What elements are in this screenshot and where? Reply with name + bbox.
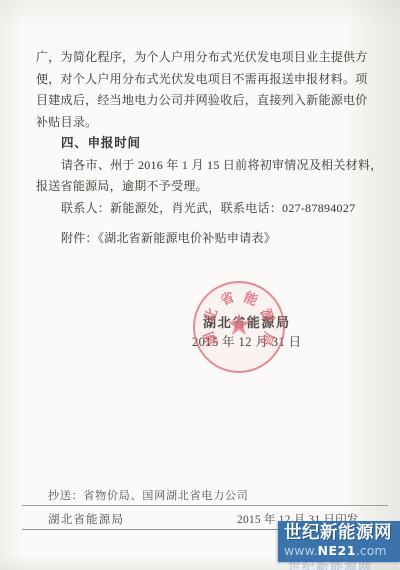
watermark-url-domain: NE21: [318, 543, 356, 558]
body-text-line: 便，对个人户用分布式光伏发电项目不需再报送申报材料。项: [36, 69, 368, 91]
scanned-document-page: 广，为简化程序，为个人户用分布式光伏发电项目业主提供方便，对个人户用分布式光伏发…: [0, 0, 400, 570]
body-text-line: 四、申报时间: [36, 133, 368, 155]
body-text-line: 请各市、州于 2016 年 1 月 15 日前将初审情况及相关材料，: [36, 155, 368, 177]
body-text-line: 附件：《湖北省新能源电价补贴申请表》: [36, 228, 368, 250]
signature-date: 2015 年 12 月 31 日: [192, 332, 302, 350]
seal-character: 能: [240, 289, 261, 310]
watermark-url: www.NE21.com: [284, 543, 400, 558]
footer-cc-line: 抄送：省物价局、国网湖北省电力公司: [48, 487, 249, 503]
seal-character: 省: [217, 289, 238, 310]
body-text-line: 补贴目录。: [36, 112, 368, 134]
watermark-url-suffix: .com: [356, 543, 387, 558]
body-text-line: 联系人：新能源处，肖光武，联系电话：027-87894027: [36, 198, 368, 220]
footer-issuer: 湖北省能源局: [48, 511, 124, 527]
body-text-line: 目建成后，经当地电力公司并网验收后，直接列入新能源电价: [36, 90, 368, 112]
footer-divider-top: [22, 505, 388, 506]
watermark-url-prefix: www.: [284, 543, 318, 558]
watermark-badge: 世纪新能源网 www.NE21.com: [278, 521, 400, 562]
body-text-line: 报送省能源局，逾期不予受理。: [36, 176, 368, 198]
watermark-site-name: 世纪新能源网: [284, 523, 400, 543]
body-text-line: 广，为简化程序，为个人户用分布式光伏发电项目业主提供方: [36, 47, 368, 69]
document-body: 广，为简化程序，为个人户用分布式光伏发电项目业主提供方便，对个人户用分布式光伏发…: [36, 47, 368, 250]
signature-authority: 湖北省能源局: [203, 312, 291, 331]
